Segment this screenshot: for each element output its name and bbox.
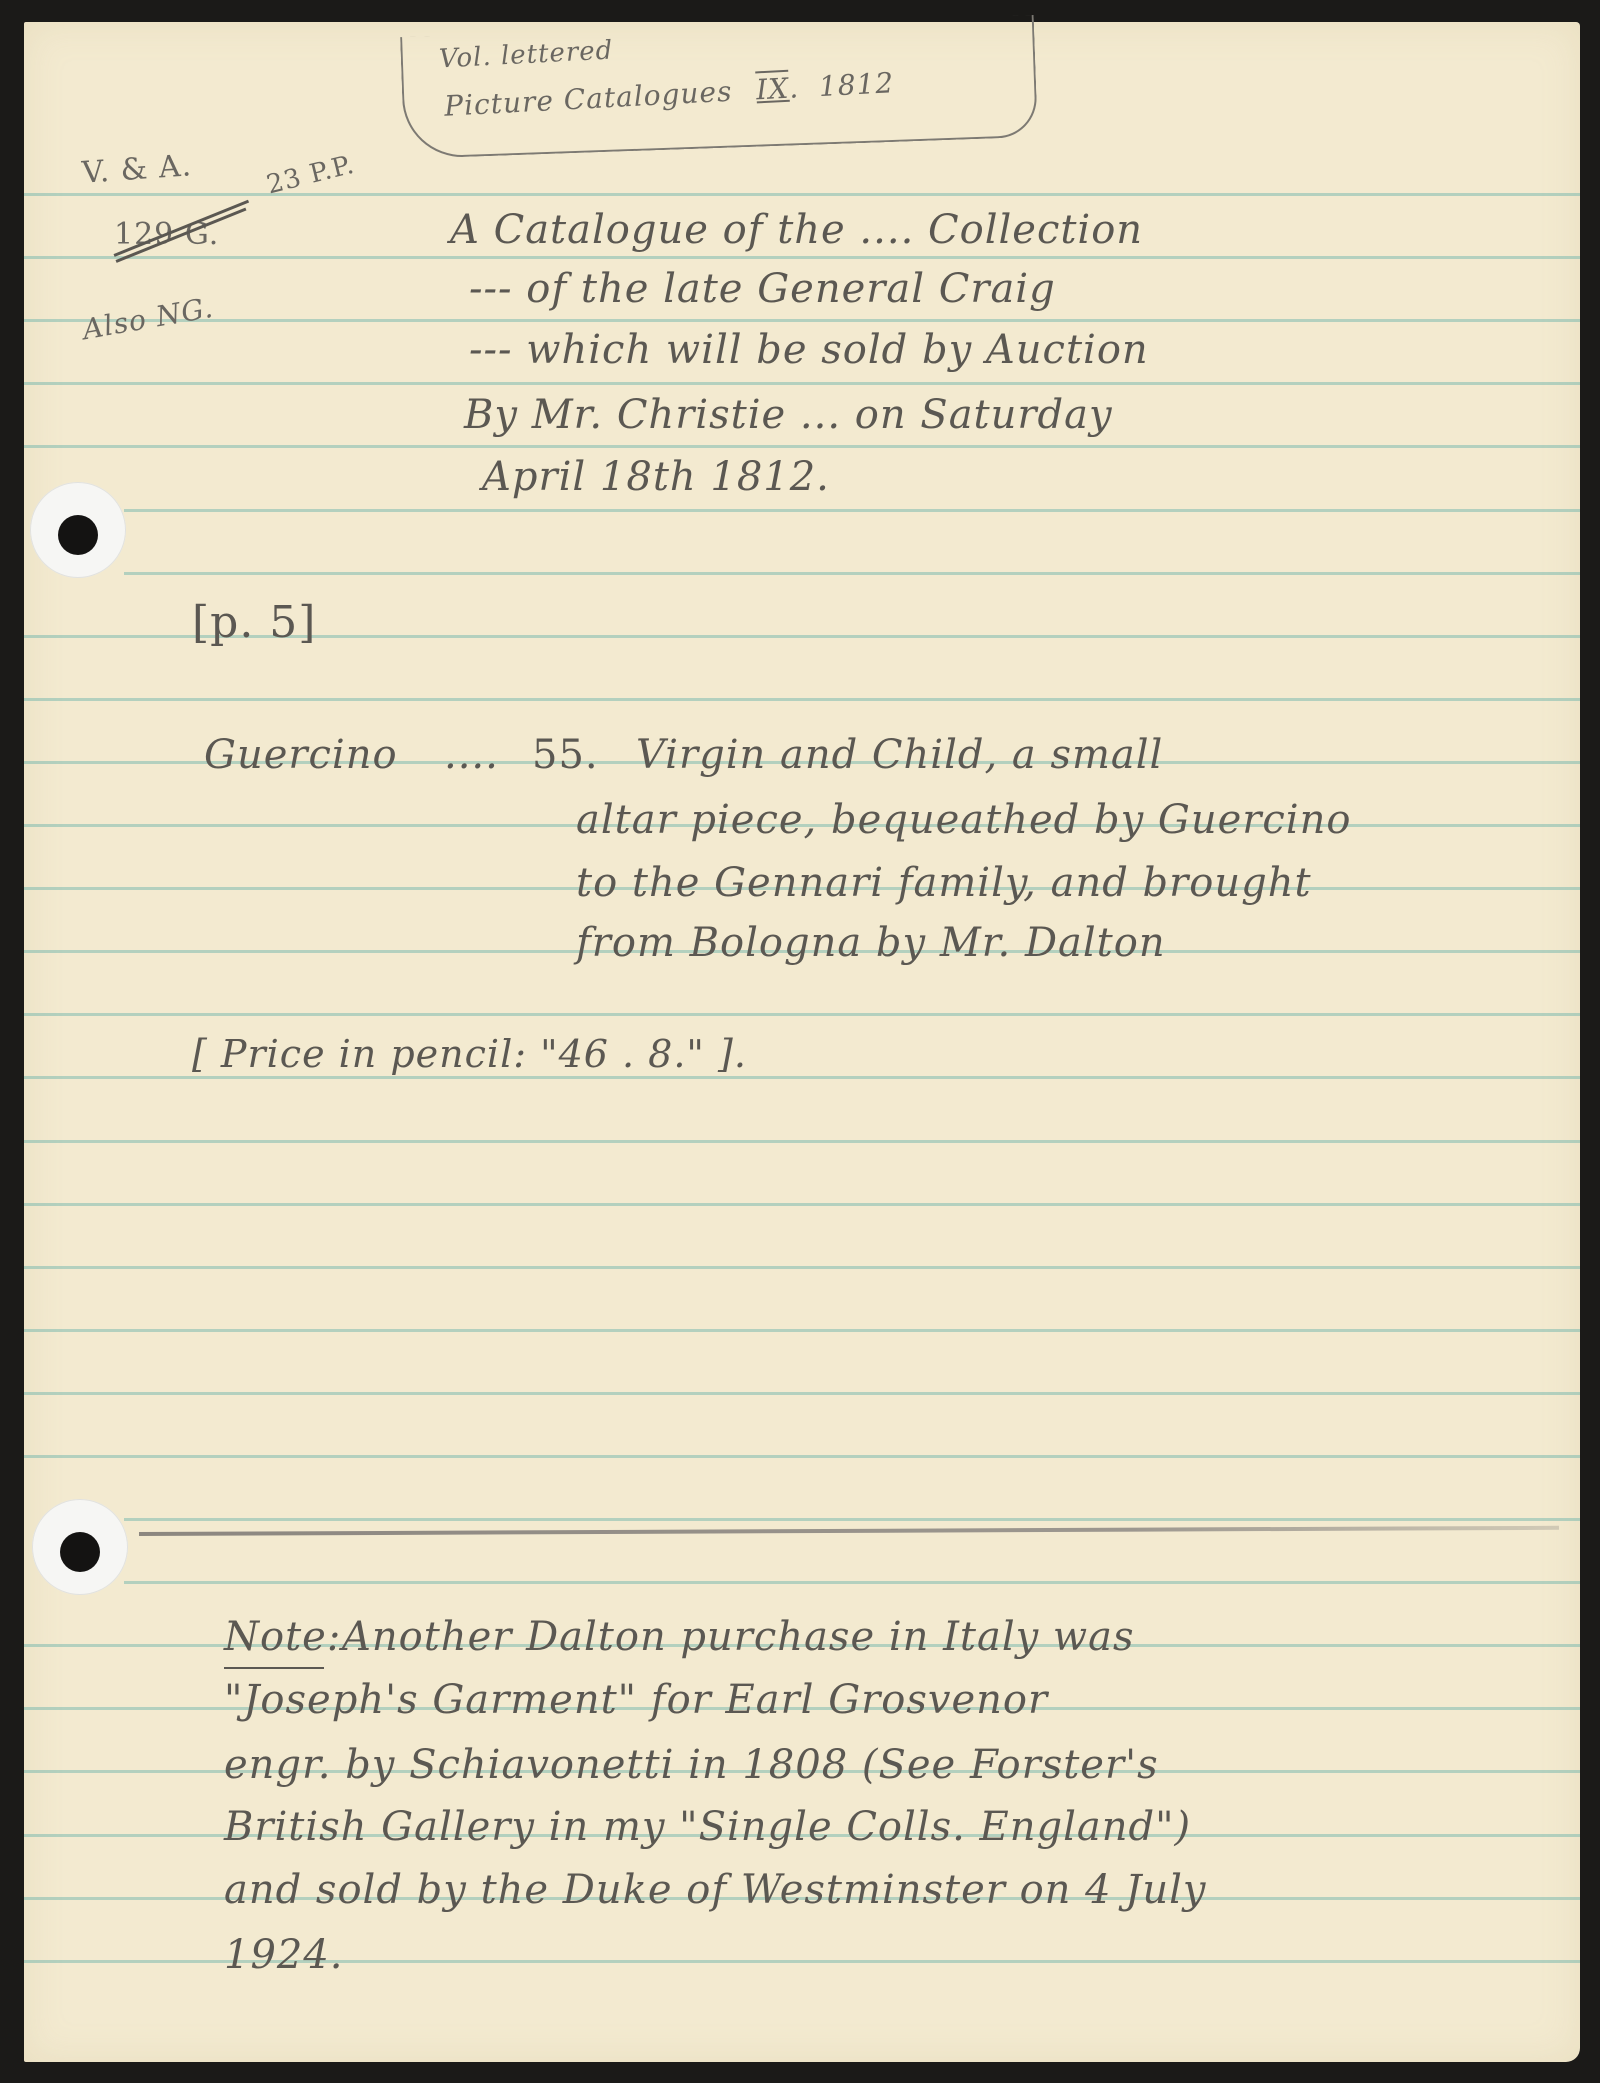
ruled-line (24, 1266, 1580, 1269)
note-line-6: 1924. (224, 1932, 344, 1978)
page-reference: [p. 5] (192, 597, 316, 648)
entry-artist: Guercino (204, 732, 398, 778)
ruled-line (124, 1518, 1580, 1521)
entry-desc-line-3: to the Gennari family, and brought (576, 860, 1312, 906)
ruled-line (24, 382, 1580, 385)
entry-desc-line-2: altar piece, bequeathed by Guercino (576, 797, 1351, 843)
ruled-line (24, 1203, 1580, 1206)
note-line-1: Another Dalton purchase in Italy was (342, 1614, 1135, 1660)
note-line-3: engr. by Schiavonetti in 1808 (See Forst… (224, 1742, 1159, 1788)
ruled-line (24, 1076, 1580, 1079)
entry-desc-line-4: from Bologna by Mr. Dalton (576, 920, 1166, 966)
note-line-2: "Joseph's Garment" for Earl Grosvenor (224, 1677, 1048, 1723)
margin-location: V. & A. (81, 148, 193, 191)
entry-lot-number: 55. (532, 732, 599, 778)
ruled-line (24, 445, 1580, 448)
price-note: [ Price in pencil: "46 . 8." ]. (192, 1032, 747, 1076)
title-line-4: By Mr. Christie ... on Saturday (464, 392, 1113, 438)
note-line-4: British Gallery in my "Single Colls. Eng… (224, 1804, 1191, 1850)
ruled-line (124, 572, 1580, 575)
pencil-divider (139, 1526, 1559, 1536)
ruled-line (24, 1329, 1580, 1332)
punch-hole-top (30, 482, 126, 578)
entry-leader: .... (444, 732, 499, 778)
ruled-line (24, 1013, 1580, 1016)
ruled-line (24, 1140, 1580, 1143)
volume-number: IX (755, 72, 790, 107)
volume-year: 1812 (818, 66, 895, 103)
ruled-line (24, 193, 1580, 196)
ruled-line (124, 509, 1580, 512)
title-line-1: A Catalogue of the .... Collection (450, 207, 1143, 253)
ruled-line (24, 698, 1580, 701)
ruled-line (24, 1455, 1580, 1458)
ruled-line (24, 256, 1580, 259)
title-line-5: April 18th 1812. (482, 454, 830, 500)
ruled-line (124, 1581, 1580, 1584)
punch-hole-bottom (32, 1499, 128, 1595)
notebook-page: Vol. lettered Picture Catalogues IX. 181… (24, 22, 1580, 2062)
ruled-line (24, 319, 1580, 322)
note-label: Note: (224, 1614, 341, 1660)
entry-desc-line-1: Virgin and Child, a small (636, 732, 1163, 778)
note-label-underline (224, 1667, 324, 1669)
margin-also-ng: Also NG. (80, 291, 216, 346)
note-line-5: and sold by the Duke of Westminster on 4… (224, 1867, 1206, 1913)
ruled-line (24, 1392, 1580, 1395)
title-line-3: --- which will be sold by Auction (469, 327, 1149, 373)
title-line-2: --- of the late General Craig (469, 266, 1056, 312)
